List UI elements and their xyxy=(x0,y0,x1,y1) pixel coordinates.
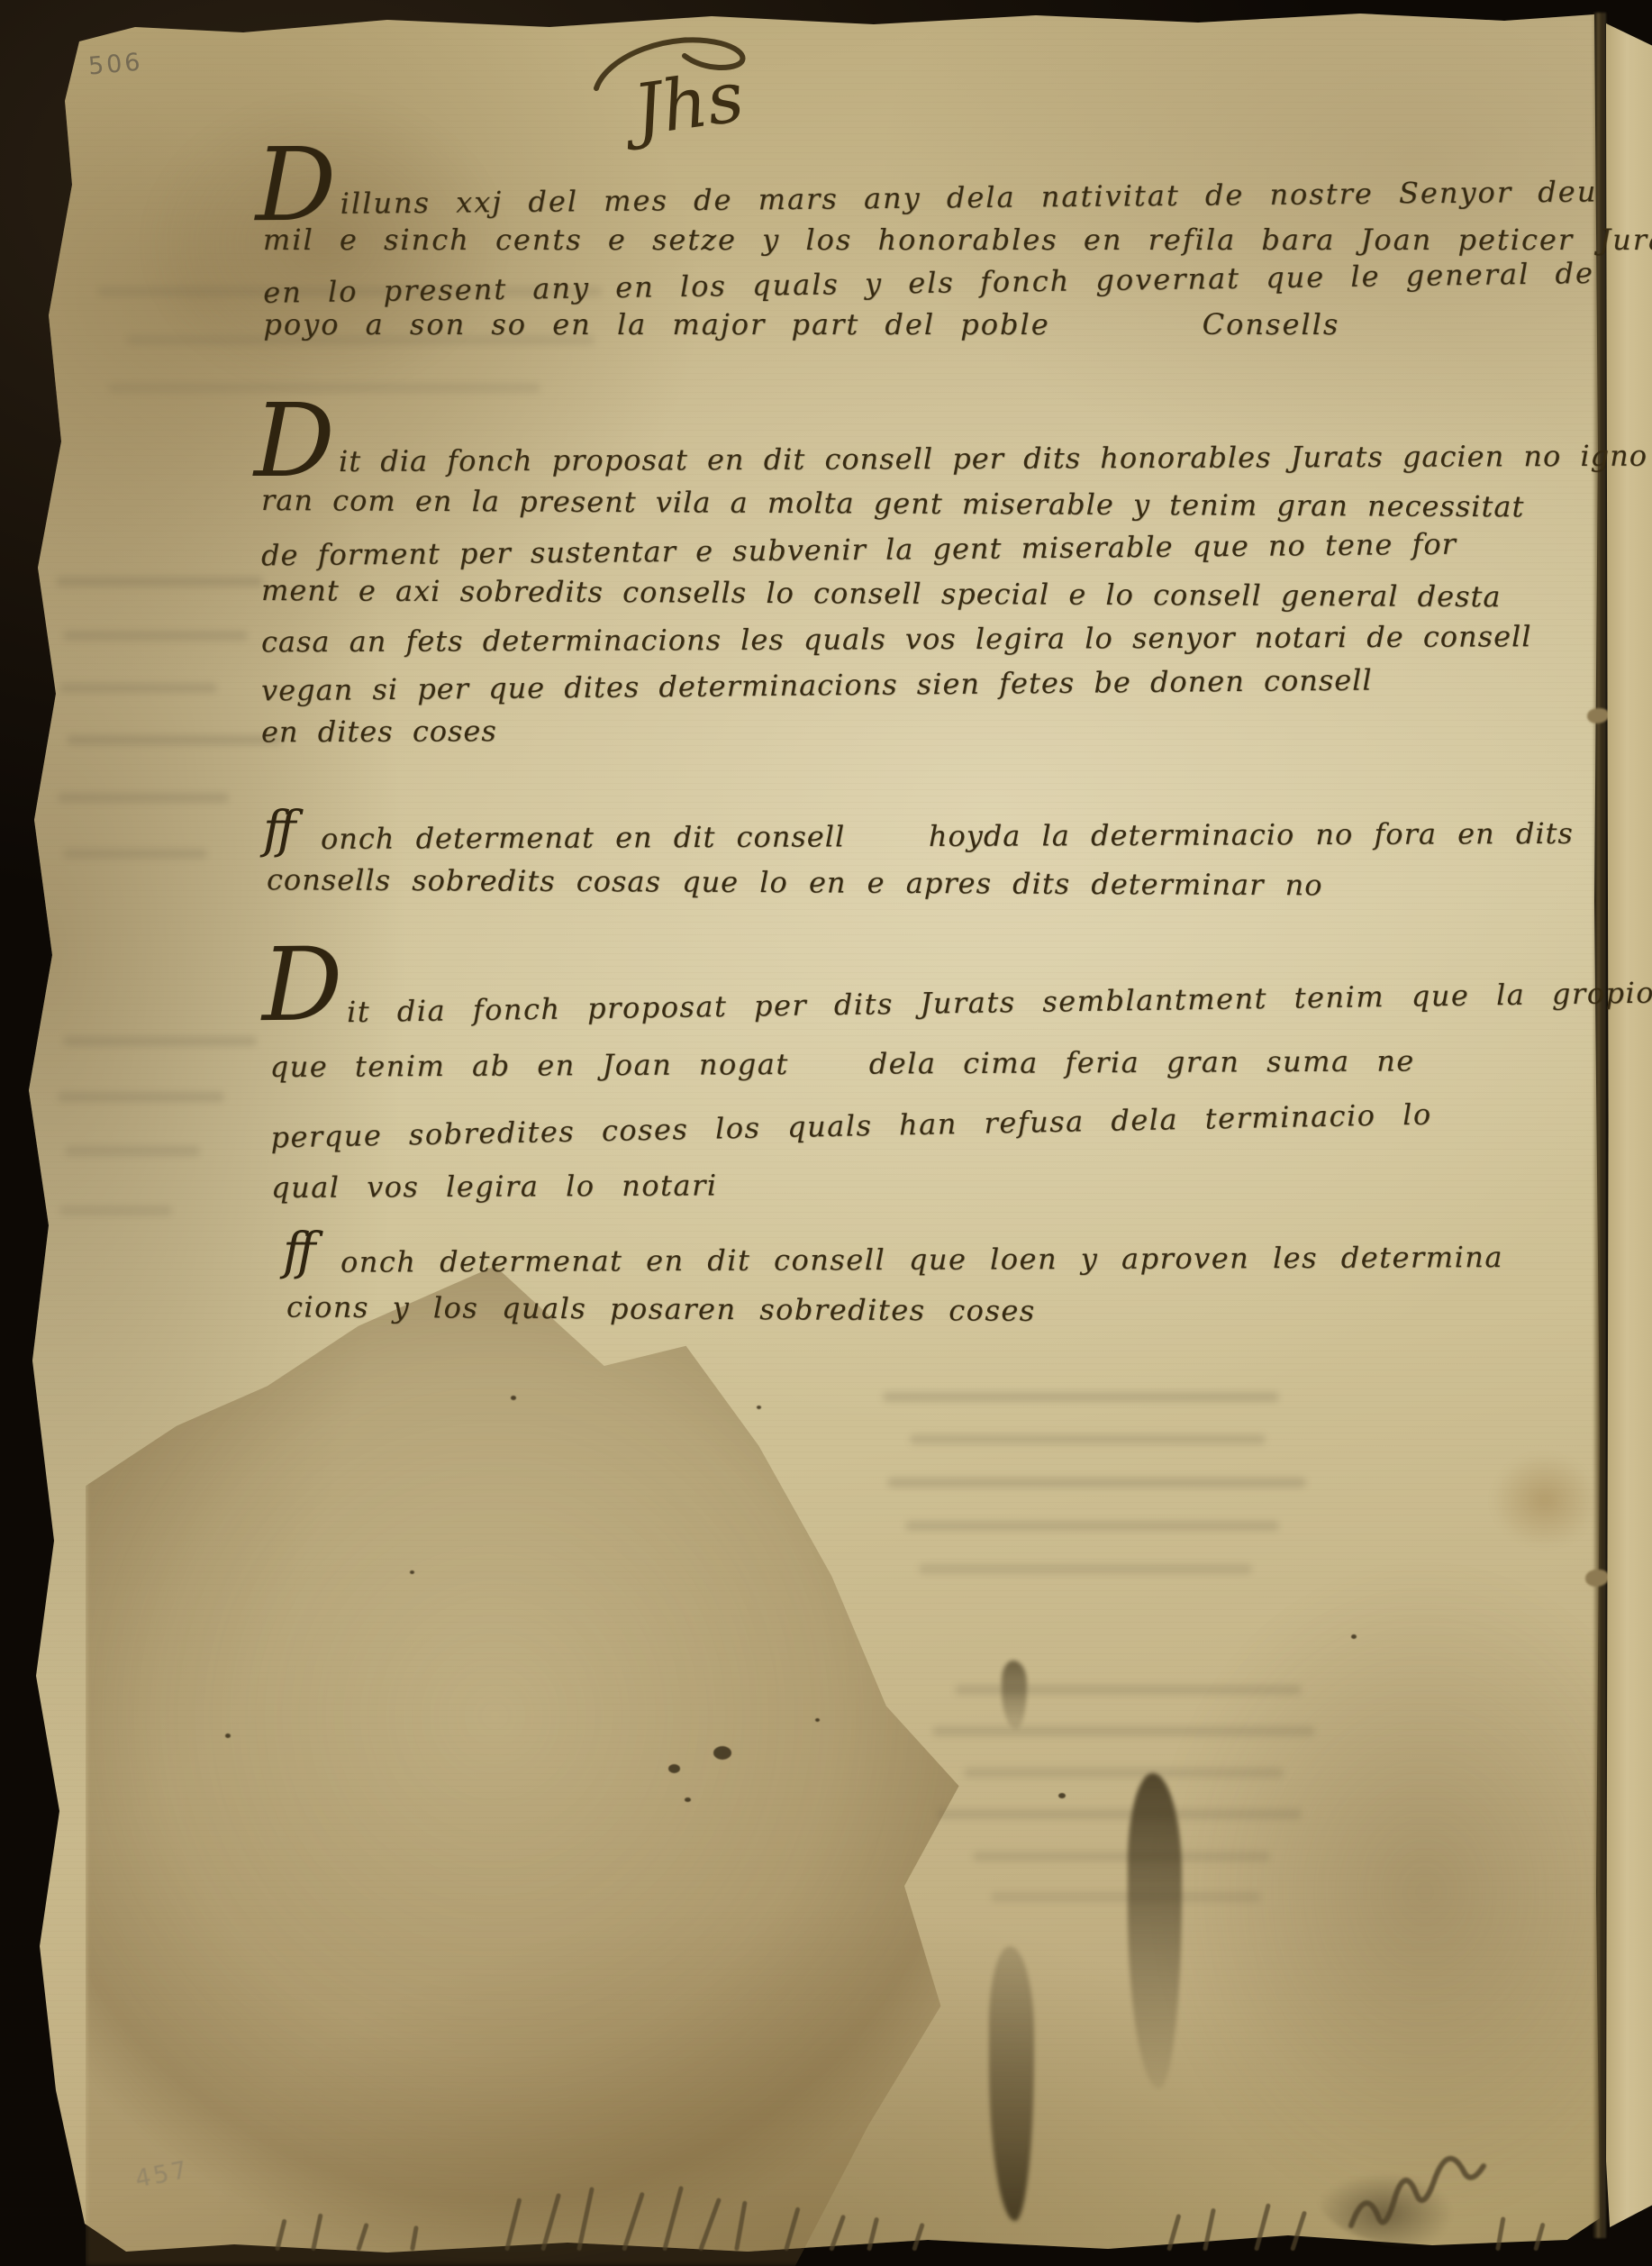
manuscript-line: cions y los quals posaren sobredites cos… xyxy=(286,1281,1503,1338)
manuscript-line: onch determenat en dit consell hoyda la … xyxy=(267,810,1574,862)
manuscript-line: ment e axi sobredits consells lo consell… xyxy=(261,568,1647,620)
manuscript-line: onch determenat en dit consell que loen … xyxy=(286,1232,1503,1288)
paragraph-1: D illuns xxj del mes de mars any dela na… xyxy=(263,173,1652,350)
invocation-text: Jhs xyxy=(616,57,749,154)
paragraph-5: ff onch determenat en dit consell que lo… xyxy=(286,1234,1503,1335)
paragraph-4: D it dia fonch proposat per dits Jurats … xyxy=(269,966,1652,1222)
photograph-backdrop: 506 457 Jhs D illuns xxj del mes de mars… xyxy=(0,0,1652,2266)
folio-number-top: 506 xyxy=(87,48,144,80)
manuscript-line: en dites coses xyxy=(261,704,1647,755)
bottom-right-squiggle xyxy=(1344,2143,1497,2242)
paragraph-3: ff onch determenat en dit consell hoyda … xyxy=(267,813,1574,906)
manuscript-line: qual vos legira lo notari xyxy=(271,1151,1652,1218)
paragraph-2: D it dia fonch proposat en dit consell p… xyxy=(261,436,1647,751)
manuscript-line: consells sobredits cosas que lo en e apr… xyxy=(267,856,1574,910)
manuscript-line: poyo a son so en la major part del poble… xyxy=(263,304,1652,346)
manuscript-line: it dia fonch proposat en dit consell per… xyxy=(261,433,1647,485)
jhs-monogram-icon: Jhs xyxy=(584,25,775,160)
